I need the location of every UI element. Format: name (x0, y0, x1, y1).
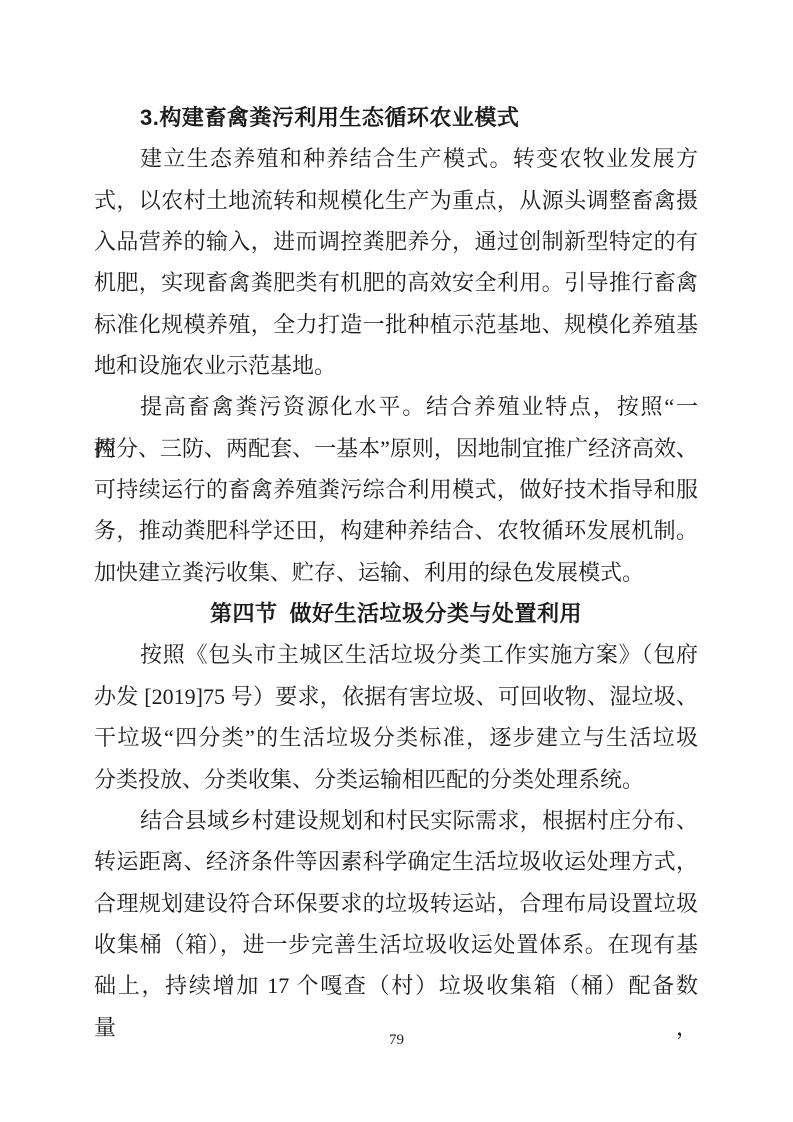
text-line: 分类投放、分类收集、分类运输相匹配的分类处理系统。 (94, 759, 698, 800)
text-line: 两分、三防、两配套、一基本”原则，因地制宜推广经济高效、 (94, 428, 698, 469)
subsection-heading: 3.构建畜禽粪污利用生态循环农业模式 (94, 97, 698, 138)
text-line: 础上，持续增加 17 个嘎查（村）垃圾收集箱（桶）配备数量， (94, 965, 698, 1006)
page-body: 3.构建畜禽粪污利用生态循环农业模式 建立生态养殖和种养结合生产模式。转变农牧业… (94, 97, 698, 1007)
text-line: 办发 [2019]75 号）要求，依据有害垃圾、可回收物、湿垃圾、 (94, 676, 698, 717)
text-line: 地和设施农业示范基地。 (94, 345, 698, 386)
text-line: 机肥，实现畜禽粪肥类有机肥的高效安全利用。引导推行畜禽 (94, 262, 698, 303)
text-line: 转运距离、经济条件等因素科学确定生活垃圾收运处理方式， (94, 841, 698, 882)
text-line: 合理规划建设符合环保要求的垃圾转运站，合理布局设置垃圾 (94, 883, 698, 924)
page-number: 79 (0, 1030, 793, 1050)
text-line: 加快建立粪污收集、贮存、运输、利用的绿色发展模式。 (94, 552, 698, 593)
text-line: 式，以农村土地流转和规模化生产为重点，从源头调整畜禽摄 (94, 180, 698, 221)
text-line: 可持续运行的畜禽养殖粪污综合利用模式，做好技术指导和服 (94, 469, 698, 510)
text-line: 结合县域乡村建设规划和村民实际需求，根据村庄分布、 (94, 800, 698, 841)
paragraph-3: 按照《包头市主城区生活垃圾分类工作实施方案》（包府 办发 [2019]75 号）… (94, 634, 698, 799)
paragraph-2: 提高畜禽粪污资源化水平。结合养殖业特点，按照“一控、 两分、三防、两配套、一基本… (94, 386, 698, 593)
text-line: 建立生态养殖和种养结合生产模式。转变农牧业发展方 (94, 138, 698, 179)
text-line: 标准化规模养殖，全力打造一批种植示范基地、规模化养殖基 (94, 304, 698, 345)
section-heading: 第四节 做好生活垃圾分类与处置利用 (94, 593, 698, 634)
text-line: 入品营养的输入，进而调控粪肥养分，通过创制新型特定的有 (94, 221, 698, 262)
text-line: 干垃圾“四分类”的生活垃圾分类标准，逐步建立与生活垃圾 (94, 717, 698, 758)
paragraph-4: 结合县域乡村建设规划和村民实际需求，根据村庄分布、 转运距离、经济条件等因素科学… (94, 800, 698, 1007)
text-line: 提高畜禽粪污资源化水平。结合养殖业特点，按照“一控、 (94, 386, 698, 427)
text-line: 收集桶（箱），进一步完善生活垃圾收运处置体系。在现有基 (94, 924, 698, 965)
paragraph-1: 建立生态养殖和种养结合生产模式。转变农牧业发展方 式，以农村土地流转和规模化生产… (94, 138, 698, 386)
document-page: 3.构建畜禽粪污利用生态循环农业模式 建立生态养殖和种养结合生产模式。转变农牧业… (0, 0, 793, 1122)
text-line: 按照《包头市主城区生活垃圾分类工作实施方案》（包府 (94, 634, 698, 675)
text-line: 务，推动粪肥科学还田，构建种养结合、农牧循环发展机制。 (94, 510, 698, 551)
